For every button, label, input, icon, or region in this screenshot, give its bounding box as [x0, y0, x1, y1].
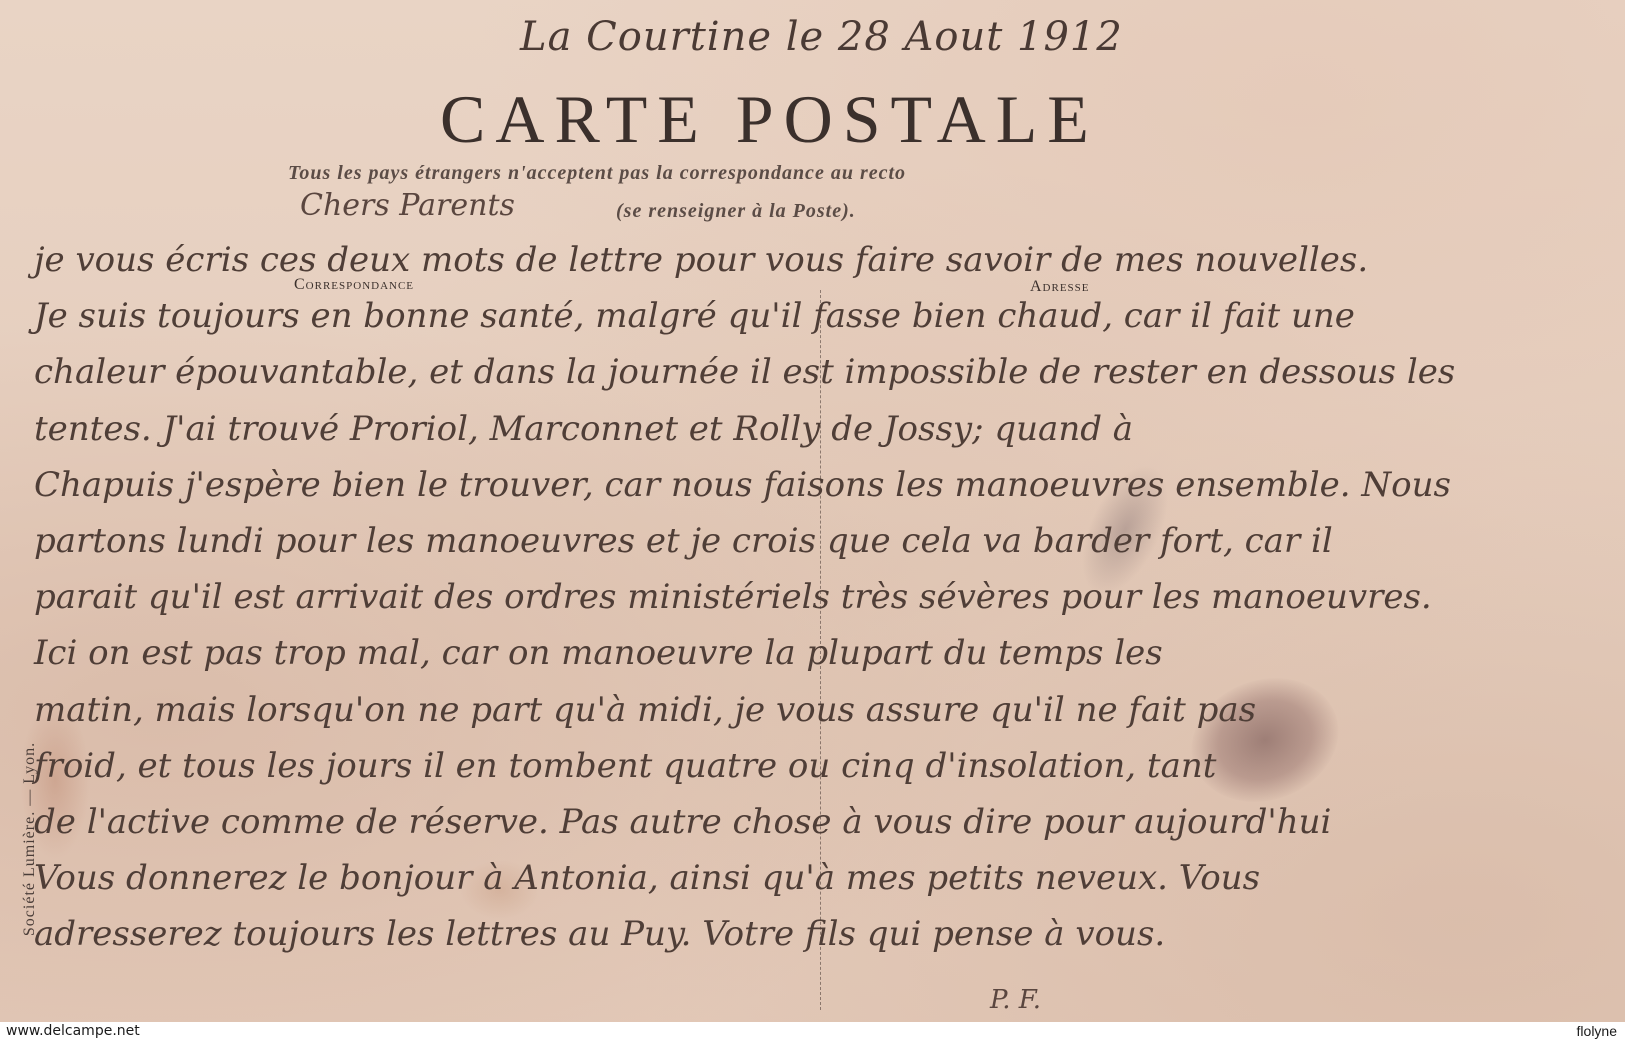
- footer-band: [0, 1022, 1625, 1040]
- letter-line: Ici on est pas trop mal, car on manoeuvr…: [34, 625, 1594, 681]
- letter-line: Je suis toujours en bonne santé, malgré …: [34, 288, 1594, 344]
- letter-line: je vous écris ces deux mots de lettre po…: [34, 232, 1594, 288]
- letter-line: de l'active comme de réserve. Pas autre …: [34, 794, 1594, 850]
- postal-notice-line-2: (se renseigner à la Poste).: [616, 200, 856, 223]
- postcard-back: La Courtine le 28 Aout 1912 CARTE POSTAL…: [0, 0, 1625, 1022]
- letter-line: parait qu'il est arrivait des ordres min…: [34, 569, 1594, 625]
- letter-line: matin, mais lorsqu'on ne part qu'à midi,…: [34, 682, 1594, 738]
- letter-line: Chapuis j'espère bien le trouver, car no…: [34, 457, 1594, 513]
- handwritten-date-line: La Courtine le 28 Aout 1912: [520, 14, 1123, 60]
- watermark-site: www.delcampe.net: [6, 1022, 140, 1040]
- letter-line: tentes. J'ai trouvé Proriol, Marconnet e…: [34, 401, 1594, 457]
- letter-salutation: Chers Parents: [300, 188, 515, 223]
- page: La Courtine le 28 Aout 1912 CARTE POSTAL…: [0, 0, 1625, 1040]
- letter-signature: P. F.: [990, 985, 1041, 1015]
- letter-line: chaleur épouvantable, et dans la journée…: [34, 344, 1594, 400]
- postcard-title: CARTE POSTALE: [440, 80, 1099, 159]
- letter-line: Vous donnerez le bonjour à Antonia, ains…: [34, 850, 1594, 906]
- letter-line: partons lundi pour les manoeuvres et je …: [34, 513, 1594, 569]
- postal-notice-line-1: Tous les pays étrangers n'acceptent pas …: [288, 162, 906, 185]
- letter-line: adresserez toujours les lettres au Puy. …: [34, 906, 1594, 962]
- letter-line: froid, et tous les jours il en tombent q…: [34, 738, 1594, 794]
- watermark-seller: flolyne: [1577, 1022, 1617, 1040]
- handwritten-letter-body: je vous écris ces deux mots de lettre po…: [34, 232, 1594, 963]
